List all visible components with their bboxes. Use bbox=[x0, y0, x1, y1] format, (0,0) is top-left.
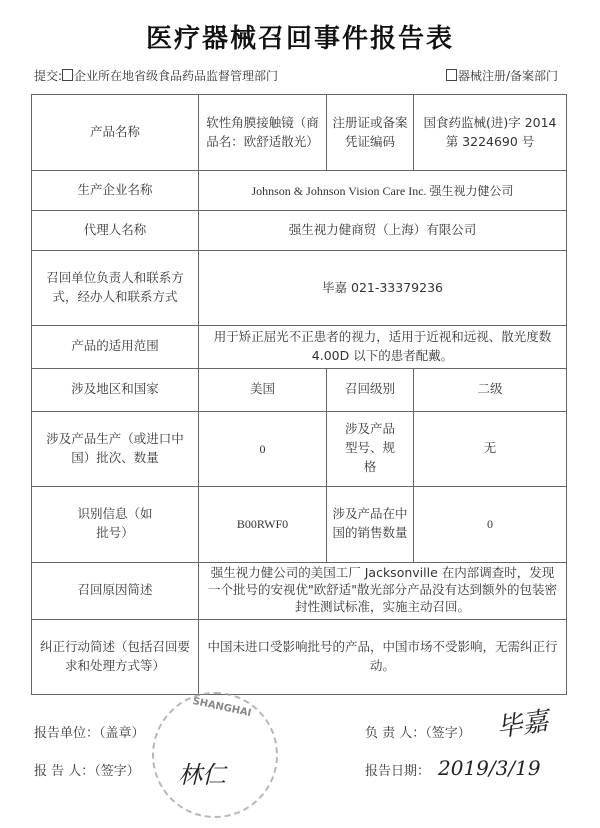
row-scope: 产品的适用范围 用于矫正屈光不正患者的视力，适用于近视和远视、散光度数 4.00… bbox=[32, 326, 567, 369]
recall-report-table: 产品名称 软性角膜接触镜（商品名：欧舒适散光） 注册证或备案凭证编码 国食药监械… bbox=[31, 94, 567, 695]
value-batches: 0 bbox=[199, 411, 327, 486]
label-reason: 召回原因简述 bbox=[32, 562, 199, 619]
row-corrective: 纠正行动简述（包括召回要求和处理方式等） 中国未进口受影响批号的产品，中国市场不… bbox=[32, 619, 567, 694]
value-registration-code: 国食药监械(进)字 2014 第 3224690 号 bbox=[414, 95, 567, 171]
label-scope: 产品的适用范围 bbox=[32, 326, 199, 369]
report-date-value: 2019/3/19 bbox=[438, 756, 541, 780]
label-manufacturer: 生产企业名称 bbox=[32, 171, 199, 211]
option-registration-label: 器械注册/备案部门 bbox=[458, 69, 558, 83]
submit-to-provincial: 提交:企业所在地省级食品药品监督管理部门 bbox=[34, 67, 278, 84]
label-china-sales: 涉及产品在中国的销售数量 bbox=[327, 486, 414, 562]
label-registration-code: 注册证或备案凭证编码 bbox=[327, 95, 414, 171]
report-date-label: 报告日期： bbox=[365, 760, 430, 779]
row-product-name: 产品名称 软性角膜接触镜（商品名：欧舒适散光） 注册证或备案凭证编码 国食药监械… bbox=[32, 95, 567, 171]
row-agent: 代理人名称 强生视力健商贸（上海）有限公司 bbox=[32, 211, 567, 251]
label-identification: 识别信息（如批号） bbox=[32, 486, 199, 562]
row-region: 涉及地区和国家 美国 召回级别 二级 bbox=[32, 368, 567, 411]
label-agent: 代理人名称 bbox=[32, 211, 199, 251]
option-provincial-label: 企业所在地省级食品药品监督管理部门 bbox=[74, 69, 278, 83]
value-contact: 毕嘉 021-33379236 bbox=[199, 251, 567, 326]
label-product-name: 产品名称 bbox=[32, 95, 199, 171]
reporter-signature: 林仁 bbox=[178, 755, 226, 790]
report-unit-label: 报告单位：（盖章） bbox=[34, 722, 145, 741]
label-region: 涉及地区和国家 bbox=[32, 368, 199, 411]
row-identification: 识别信息（如批号） B00RWF0 涉及产品在中国的销售数量 0 bbox=[32, 486, 567, 562]
value-model: 无 bbox=[414, 411, 567, 486]
document-title: 医疗器械召回事件报告表 bbox=[0, 18, 600, 55]
value-corrective: 中国未进口受影响批号的产品，中国市场不受影响，无需纠正行动。 bbox=[199, 619, 567, 694]
value-agent: 强生视力健商贸（上海）有限公司 bbox=[199, 211, 567, 251]
value-product-name: 软性角膜接触镜（商品名：欧舒适散光） bbox=[199, 95, 327, 171]
value-identification: B00RWF0 bbox=[199, 486, 327, 562]
reporter-label: 报 告 人：（签字） bbox=[34, 760, 140, 779]
responsible-label: 负 责 人：（签字） bbox=[365, 722, 471, 741]
seal-text: SHANGHAI bbox=[192, 696, 253, 719]
value-region: 美国 bbox=[199, 368, 327, 411]
label-batches: 涉及产品生产（或进口中国）批次、数量 bbox=[32, 411, 199, 486]
submit-to-registration: 器械注册/备案部门 bbox=[446, 67, 558, 84]
label-model: 涉及产品型号、规格 bbox=[327, 411, 414, 486]
responsible-signature: 毕嘉 bbox=[494, 701, 551, 745]
label-contact: 召回单位负责人和联系方式，经办人和联系方式 bbox=[32, 251, 199, 326]
submit-label: 提交: bbox=[34, 69, 62, 83]
value-scope: 用于矫正屈光不正患者的视力，适用于近视和远视、散光度数 4.00D 以下的患者配… bbox=[199, 326, 567, 369]
label-corrective: 纠正行动简述（包括召回要求和处理方式等） bbox=[32, 619, 199, 694]
row-manufacturer: 生产企业名称 Johnson & Johnson Vision Care Inc… bbox=[32, 171, 567, 211]
value-manufacturer: Johnson & Johnson Vision Care Inc. 强生视力健… bbox=[199, 171, 567, 211]
row-contact: 召回单位负责人和联系方式，经办人和联系方式 毕嘉 021-33379236 bbox=[32, 251, 567, 326]
checkbox-registration[interactable] bbox=[446, 69, 457, 81]
value-recall-level: 二级 bbox=[414, 368, 567, 411]
value-reason: 强生视力健公司的美国工厂 Jacksonville 在内部调查时，发现一个批号的… bbox=[199, 562, 567, 619]
label-recall-level: 召回级别 bbox=[327, 368, 414, 411]
checkbox-provincial[interactable] bbox=[62, 69, 73, 81]
row-batches: 涉及产品生产（或进口中国）批次、数量 0 涉及产品型号、规格 无 bbox=[32, 411, 567, 486]
value-china-sales: 0 bbox=[414, 486, 567, 562]
row-reason: 召回原因简述 强生视力健公司的美国工厂 Jacksonville 在内部调查时，… bbox=[32, 562, 567, 619]
